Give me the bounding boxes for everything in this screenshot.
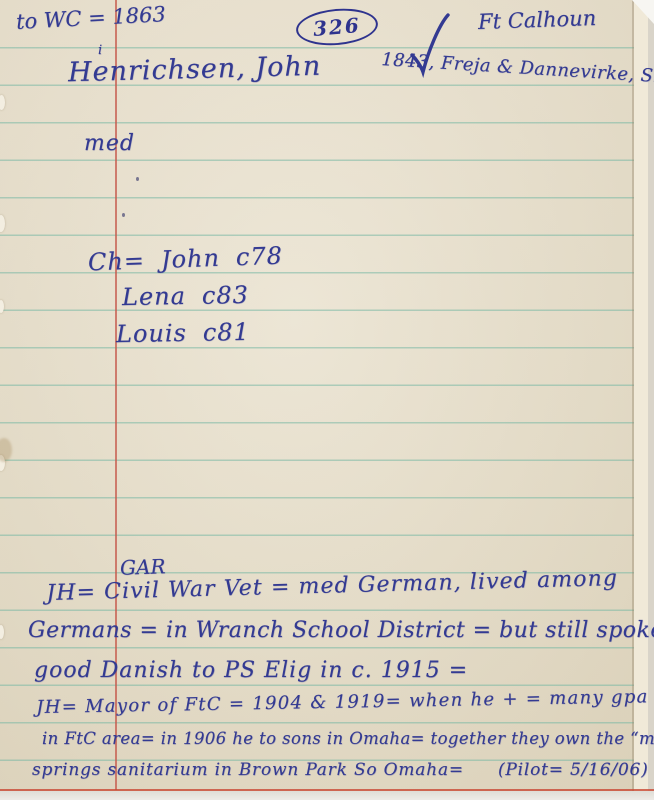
page-right-edge bbox=[632, 0, 654, 800]
page-bottom-edge bbox=[0, 791, 654, 800]
child-name: John bbox=[160, 244, 220, 274]
top-left-note: to WC = 1863 bbox=[15, 2, 166, 34]
tear-mark bbox=[0, 95, 5, 110]
notebook-page: to WC = 1863 326 Ft Calhoun Henrichsen, … bbox=[0, 0, 654, 800]
subject-name-superscript: i bbox=[98, 44, 102, 59]
research-note-line: JH= Mayor of FtC = 1904 & 1919= when he … bbox=[36, 686, 654, 719]
ink-speck bbox=[122, 213, 125, 217]
stain-mark bbox=[0, 438, 12, 462]
research-note-line: in FtC area= in 1906 he to sons in Omaha… bbox=[42, 730, 654, 749]
source-citation: (Pilot= 5/16/06) bbox=[498, 760, 649, 780]
subject-name: Henrichsen, John bbox=[68, 51, 322, 89]
child-birth-circa: c78 bbox=[235, 242, 283, 272]
marriage-note: med bbox=[84, 131, 135, 156]
location-note: Ft Calhoun bbox=[478, 6, 597, 34]
tear-mark bbox=[0, 215, 5, 232]
child-birth-circa: c81 bbox=[203, 318, 250, 347]
ink-speck bbox=[136, 177, 139, 181]
research-note-line: good Danish to PS Elig in c. 1915 = bbox=[34, 658, 468, 683]
tear-mark bbox=[0, 300, 4, 313]
page-number-badge: 326 bbox=[295, 6, 380, 49]
insertion-note: GAR bbox=[120, 555, 166, 580]
child-row: Ch=Johnc78 bbox=[88, 243, 284, 277]
child-row: Lenac83 bbox=[122, 282, 249, 312]
page-number: 326 bbox=[312, 13, 362, 41]
children-label: Ch= bbox=[88, 246, 146, 276]
birth-note: 1843, Freja & Dannevirke, Slesvig bbox=[381, 50, 654, 91]
child-birth-circa: c83 bbox=[202, 281, 249, 310]
tear-mark bbox=[0, 625, 4, 639]
child-name: Louis bbox=[116, 319, 187, 348]
research-note-text: springs sanitarium in Brown Park So Omah… bbox=[32, 760, 464, 780]
child-row: Louisc81 bbox=[116, 319, 250, 349]
research-note-line: springs sanitarium in Brown Park So Omah… bbox=[32, 761, 649, 781]
child-name: Lena bbox=[122, 282, 186, 311]
research-note-line: Germans = in Wranch School District = bu… bbox=[28, 618, 654, 643]
